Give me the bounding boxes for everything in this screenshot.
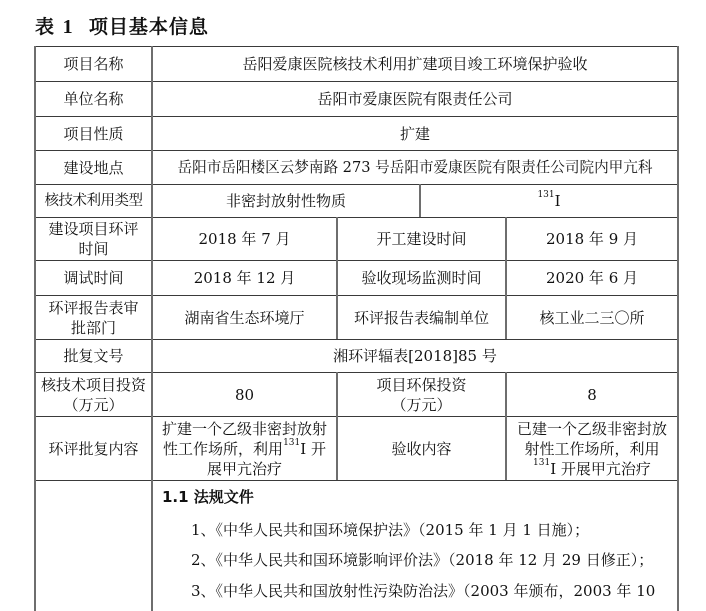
title-number: 1 [63,16,74,38]
value-debug-time: 2018 年 12 月 [153,261,336,295]
label-company-name: 单位名称 [36,82,151,116]
title-text: 项目基本信息 [89,16,209,38]
value-acceptance-content: 已建一个乙级非密封放射性工作场所，利用131I 开展甲亢治疗 [507,417,677,480]
title-prefix: 表 [35,16,55,38]
value-isotope: 131I [421,185,677,217]
label-approval-dept: 环评报告表审批部门 [36,296,151,339]
label-eia-time: 建设项目环评时间 [36,218,151,260]
label-report-author: 环评报告表编制单位 [338,296,505,339]
isotope-symbol: I [555,192,561,210]
value-nuclear-investment: 80 [153,373,336,416]
label-nuclear-type: 核技术利用类型 [36,185,151,217]
acceptance-content-text: 已建一个乙级非密封放射性工作场所，利用 [517,420,667,458]
label-location: 建设地点 [36,151,151,184]
isotope-mass-number: 131 [533,458,550,468]
label-construction-start: 开工建设时间 [338,218,505,260]
law-item: 1、《中华人民共和国环境保护法》（2015 年 1 月 1 日施）； [191,519,589,540]
value-monitoring-time: 2020 年 6 月 [507,261,677,295]
label-env-investment: 项目环保投资（万元） [338,373,505,416]
value-nuclear-type: 非密封放射性物质 [153,185,419,217]
law-item: 2、《中华人民共和国环境影响评价法》（2018 年 12 月 29 日修正）； [191,549,653,570]
isotope-mass-number: 131 [283,438,300,448]
value-location: 岳阳市岳阳楼区云梦南路 273 号岳阳市爱康医院有限责任公司院内甲亢科 [153,151,677,184]
label-acceptance-content: 验收内容 [338,417,505,480]
label-approval-number: 批复文号 [36,340,151,372]
value-approval-number: 湘环评辐表[2018]85 号 [153,340,677,372]
table-title: 表 1 项目基本信息 [35,12,209,39]
value-report-author: 核工业二三〇所 [507,296,677,339]
laws-heading: 1.1 法规文件 [162,486,254,507]
label-monitoring-time: 验收现场监测时间 [338,261,505,295]
law-item: 3、《中华人民共和国放射性污染防治法》（2003 年颁布，2003 年 10 [191,580,655,601]
value-project-nature: 扩建 [153,117,677,150]
label-nuclear-investment: 核技术项目投资（万元） [36,373,151,416]
label-project-name: 项目名称 [36,47,151,81]
label-project-nature: 项目性质 [36,117,151,150]
table-border [677,46,679,611]
row-divider [34,480,679,481]
value-approval-content: 扩建一个乙级非密封放射性工作场所，利用131I 开展甲亢治疗 [153,417,336,480]
label-approval-content: 环评批复内容 [36,417,151,480]
value-approval-dept: 湖南省生态环境厅 [153,296,336,339]
label-debug-time: 调试时间 [36,261,151,295]
value-company-name: 岳阳市爱康医院有限责任公司 [153,82,677,116]
isotope-mass-number: 131 [537,190,554,200]
value-project-name: 岳阳爱康医院核技术利用扩建项目竣工环境保护验收 [153,47,677,81]
acceptance-content-text: I 开展甲亢治疗 [550,460,651,478]
value-env-investment: 8 [507,373,677,416]
value-eia-time: 2018 年 7 月 [153,218,336,260]
value-construction-start: 2018 年 9 月 [507,218,677,260]
